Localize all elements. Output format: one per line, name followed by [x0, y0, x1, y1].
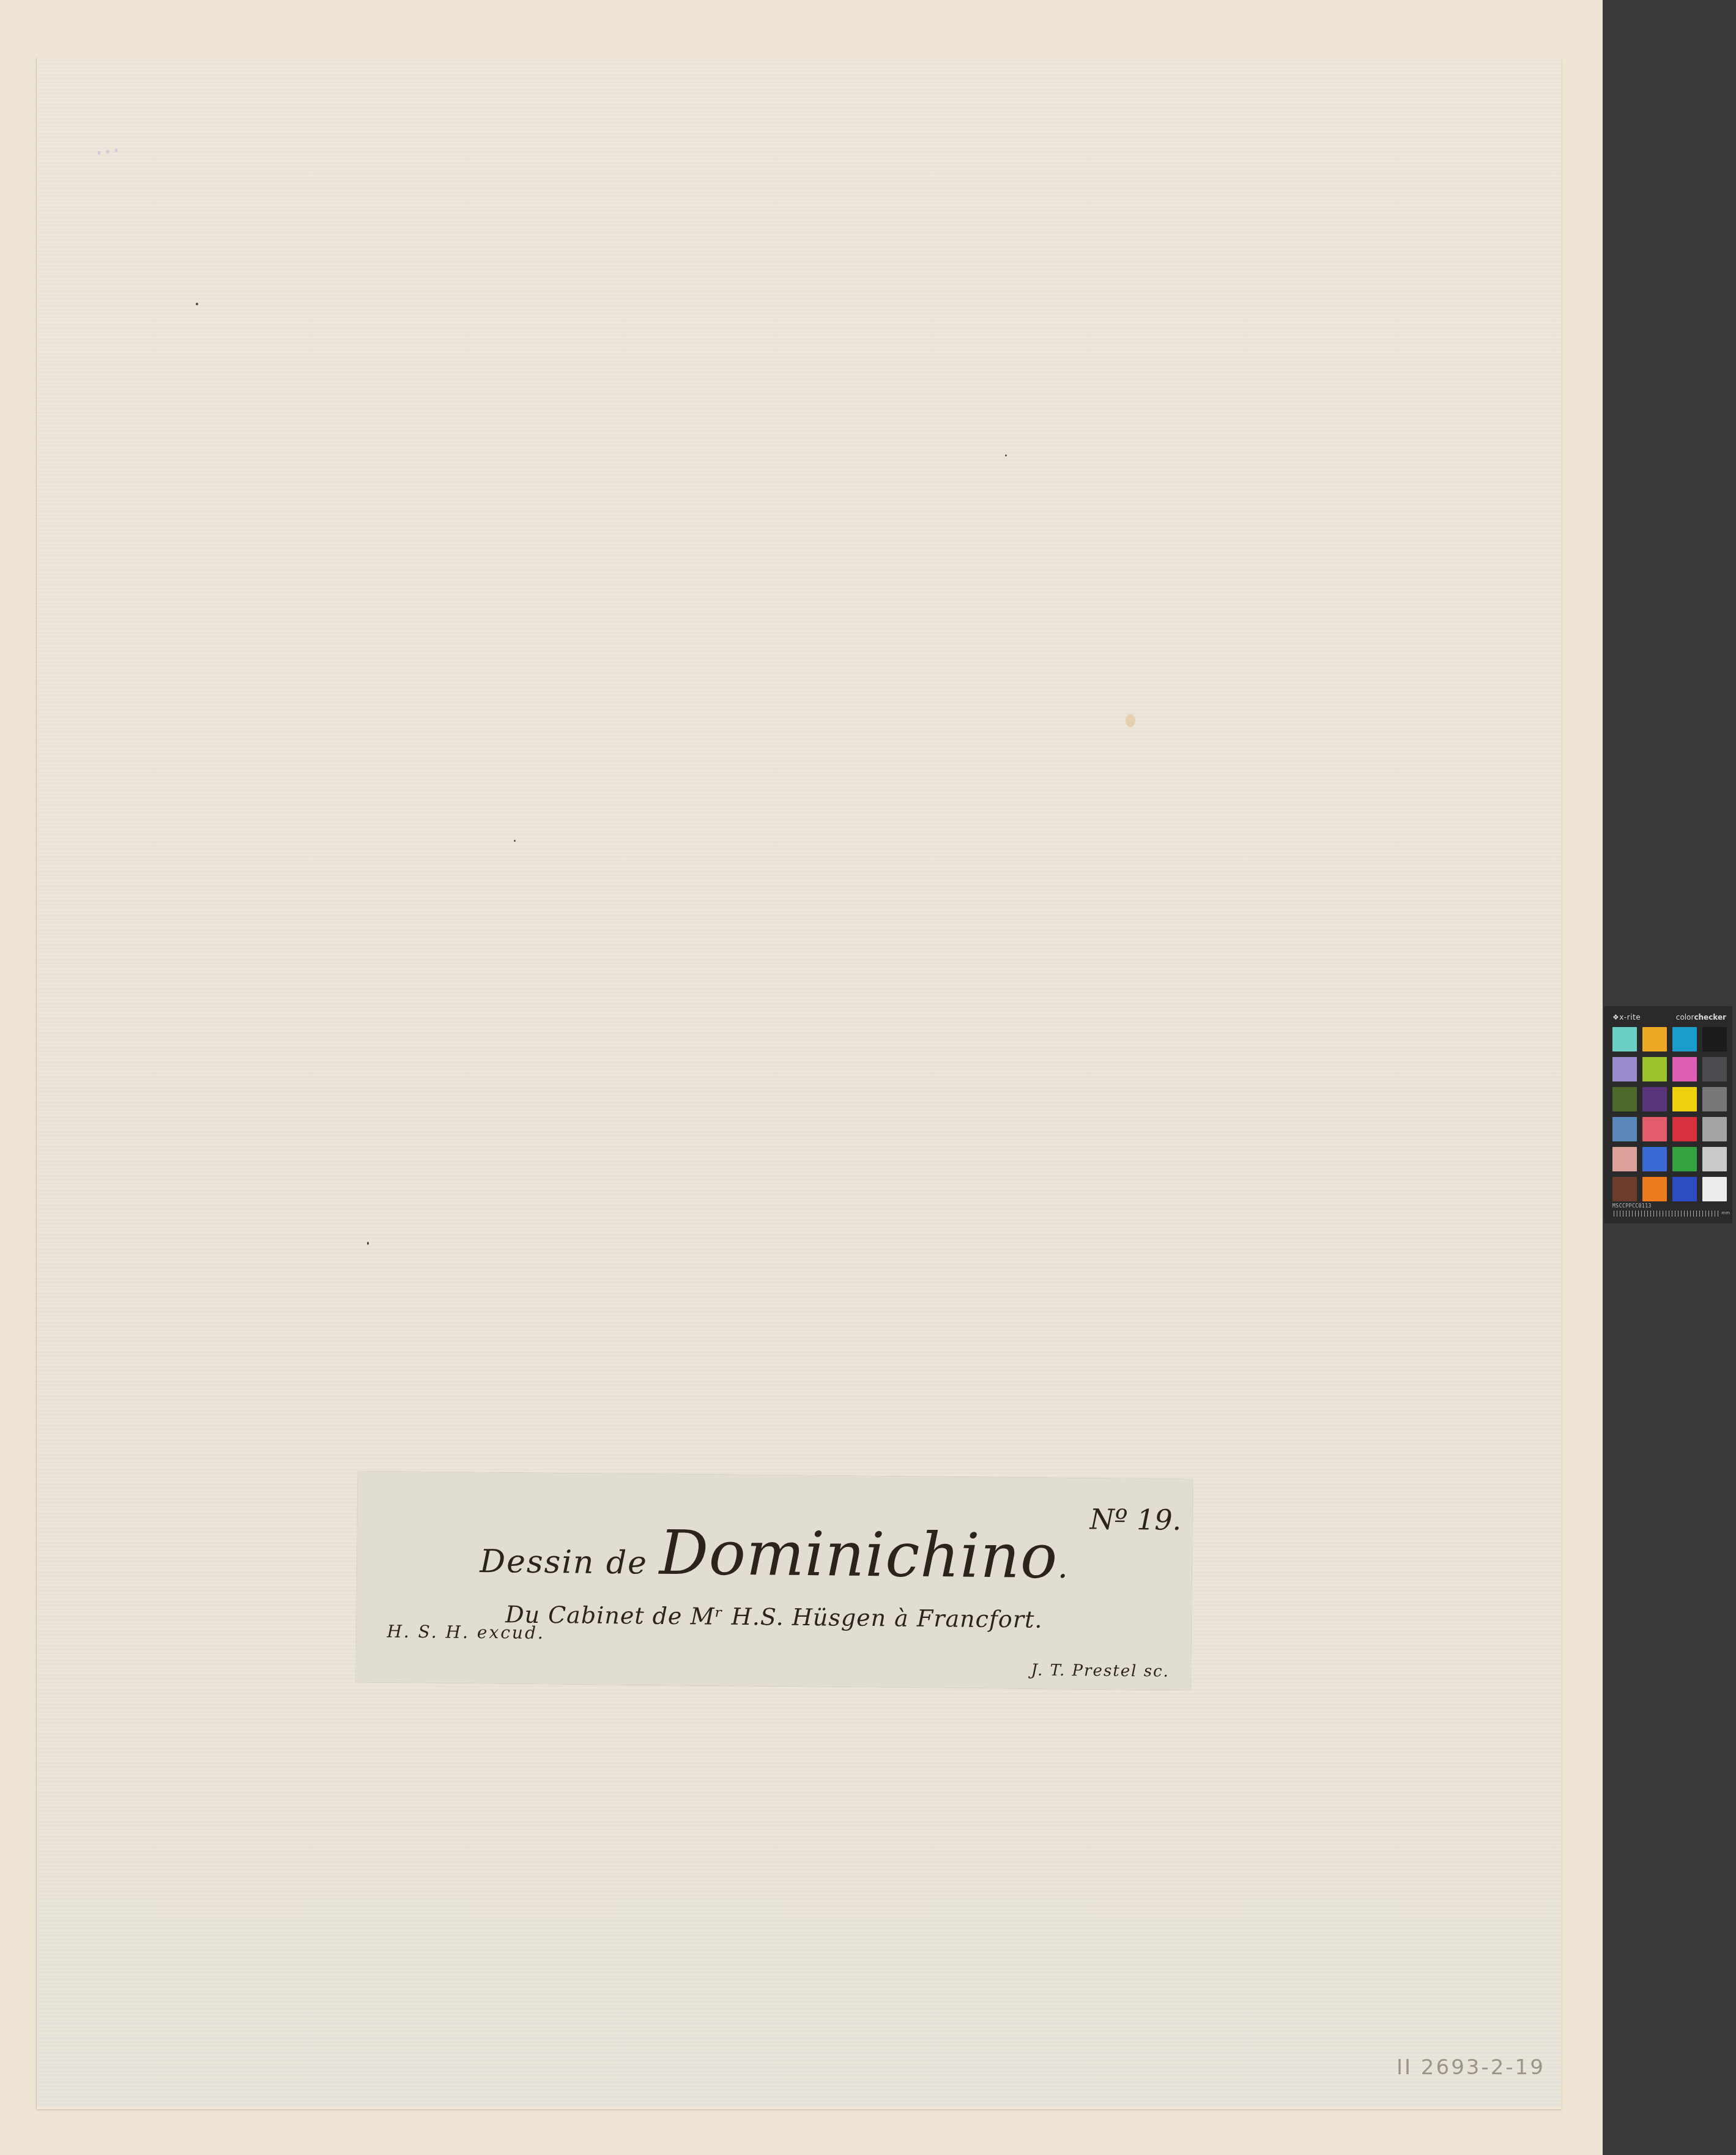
checker-header: ❖x-rite colorchecker	[1612, 1011, 1726, 1023]
mm-ruler	[1614, 1211, 1719, 1217]
title-prefix: Dessin de	[480, 1543, 648, 1582]
color-swatch	[1612, 1117, 1637, 1141]
artist-name: Dominichino	[659, 1517, 1058, 1592]
ink-speck	[196, 303, 198, 305]
color-swatch	[1612, 1147, 1637, 1171]
color-swatch	[1642, 1147, 1667, 1171]
color-swatch	[1672, 1057, 1697, 1081]
engraved-label: Nº 19. Dessin de Dominichino. Du Cabinet…	[356, 1471, 1193, 1690]
engraver-credit: J. T. Prestel sc.	[1031, 1661, 1170, 1681]
color-swatch	[1612, 1087, 1637, 1111]
color-swatch	[1642, 1177, 1667, 1201]
ink-speck	[367, 1242, 369, 1245]
color-swatch	[1642, 1027, 1667, 1052]
color-swatch	[1642, 1087, 1667, 1111]
pencil-annotation: ...	[93, 121, 170, 164]
color-swatch	[1672, 1027, 1697, 1052]
color-checker-card: ❖x-rite colorchecker MSCCPPCC0113 mm	[1604, 1006, 1732, 1223]
ruler-unit: mm	[1721, 1211, 1730, 1215]
checker-serial: MSCCPPCC0113	[1612, 1203, 1652, 1209]
color-swatch	[1672, 1117, 1697, 1141]
swatch-grid	[1612, 1027, 1729, 1201]
foxing-stain	[1126, 714, 1135, 727]
publisher-credit: H. S. H. excud.	[387, 1621, 545, 1642]
xrite-logo: ❖x-rite	[1612, 1013, 1641, 1022]
color-swatch	[1612, 1057, 1637, 1081]
color-swatch	[1702, 1177, 1727, 1201]
colorchecker-wordmark: colorchecker	[1676, 1013, 1726, 1022]
color-swatch	[1642, 1117, 1667, 1141]
color-swatch	[1612, 1177, 1637, 1201]
color-swatch	[1702, 1117, 1727, 1141]
label-title: Dessin de Dominichino.	[357, 1514, 1192, 1593]
ink-speck	[1005, 454, 1007, 456]
color-swatch	[1672, 1147, 1697, 1171]
color-swatch	[1642, 1057, 1667, 1081]
color-swatch	[1672, 1177, 1697, 1201]
color-swatch	[1612, 1027, 1637, 1052]
ink-speck	[514, 840, 516, 842]
color-swatch	[1702, 1057, 1727, 1081]
color-swatch	[1702, 1147, 1727, 1171]
color-swatch	[1702, 1087, 1727, 1111]
color-swatch	[1672, 1087, 1697, 1111]
title-suffix: .	[1058, 1549, 1069, 1586]
inventory-number: II 2693-2-19	[1397, 2055, 1545, 2080]
color-swatch	[1702, 1027, 1727, 1052]
paper-sheet: ... Nº 19. Dessin de Dominichino. Du Cab…	[37, 58, 1561, 2109]
